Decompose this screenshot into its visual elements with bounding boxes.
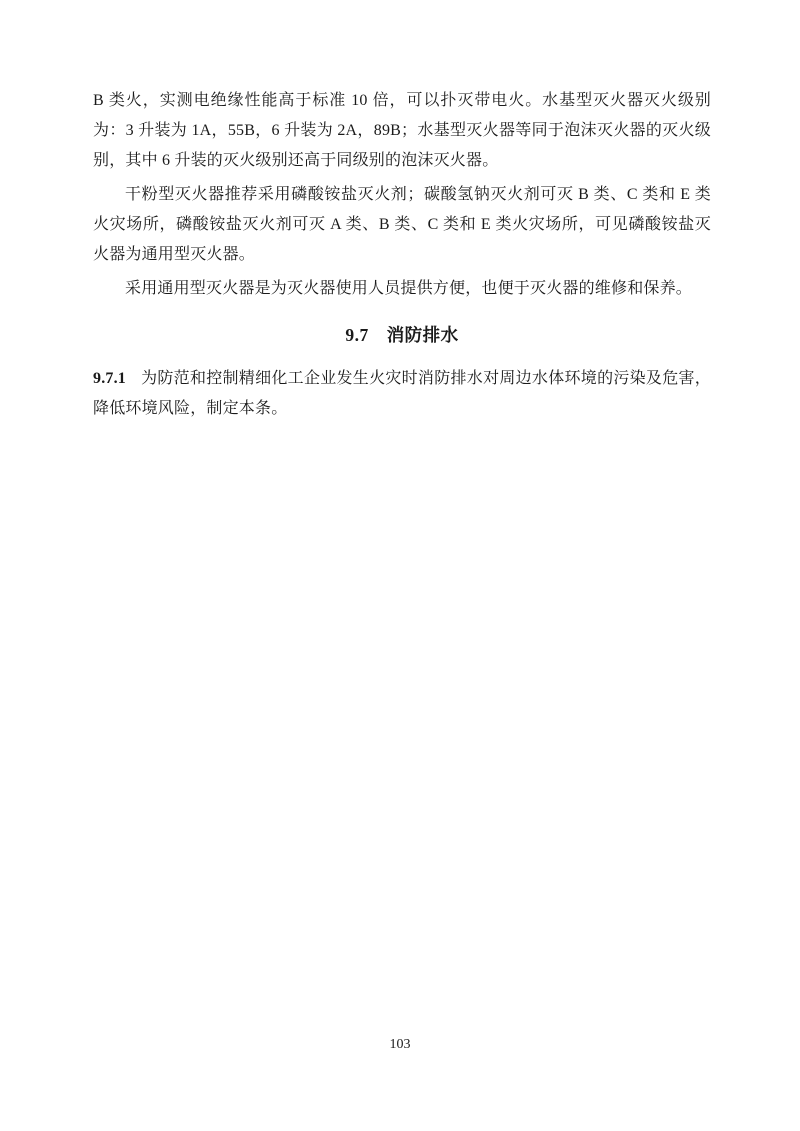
clause-text: 为防范和控制精细化工企业发生火灾时消防排水对周边水体环境的污染及危害，降低环境风…: [93, 370, 711, 417]
section-title: 消防排水: [387, 325, 459, 345]
section-number: 9.7: [345, 325, 368, 345]
page-number: 103: [0, 1036, 800, 1054]
page-content: B 类火，实测电绝缘性能高于标准 10 倍，可以扑灭带电火。水基型灭火器灭火级别…: [93, 86, 711, 428]
paragraph-continuation: B 类火，实测电绝缘性能高于标准 10 倍，可以扑灭带电火。水基型灭火器灭火级别…: [93, 86, 711, 176]
paragraph-dry-powder-extinguisher: 干粉型灭火器推荐采用磷酸铵盐灭火剂；碳酸氢钠灭火剂可灭 B 类、C 类和 E 类…: [93, 180, 711, 270]
section-heading: 9.7消防排水: [93, 320, 711, 350]
document-page: B 类火，实测电绝缘性能高于标准 10 倍，可以扑灭带电火。水基型灭火器灭火级别…: [0, 0, 800, 1131]
clause-paragraph: 9.7.1为防范和控制精细化工企业发生火灾时消防排水对周边水体环境的污染及危害，…: [93, 364, 711, 424]
paragraph-universal-extinguisher: 采用通用型灭火器是为灭火器使用人员提供方便，也便于灭火器的维修和保养。: [93, 274, 711, 304]
clause-number: 9.7.1: [93, 370, 126, 387]
